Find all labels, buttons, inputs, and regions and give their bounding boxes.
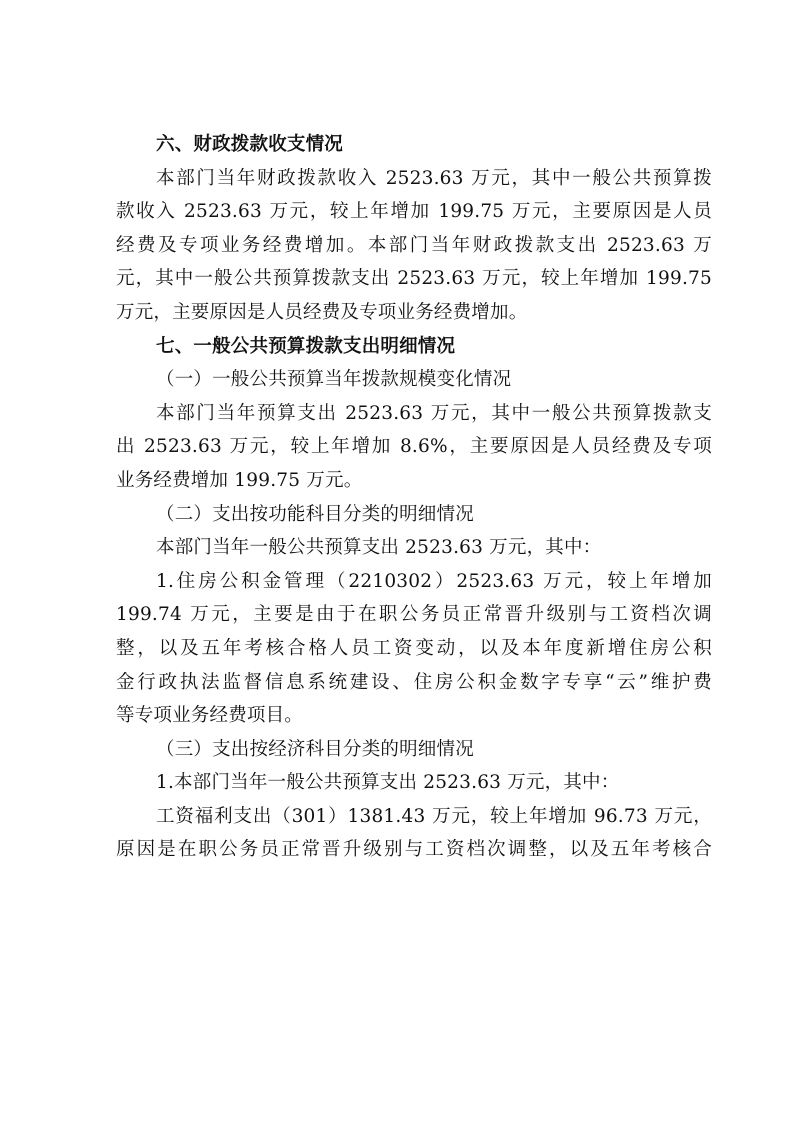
- section-heading-7: 七、一般公共预算拨款支出明细情况: [116, 330, 712, 364]
- text-line: 本部门当年预算支出 2523.63 万元，其中一般公共预算拨款支: [116, 397, 712, 431]
- text-line: 原因是在职公务员正常晋升级别与工资档次调整，以及五年考核合: [116, 833, 712, 867]
- text-line: 本部门当年财政拨款收入 2523.63 万元，其中一般公共预算拨: [116, 162, 712, 196]
- text-line: 整，以及五年考核合格人员工资变动，以及本年度新增住房公积: [116, 632, 712, 666]
- subsection-heading-2: （二）支出按功能科目分类的明细情况: [116, 498, 712, 532]
- text-line: 1.本部门当年一般公共预算支出 2523.63 万元，其中：: [116, 766, 712, 800]
- text-line: 金行政执法监督信息系统建设、住房公积金数字专享“云”维护费: [116, 666, 712, 700]
- paragraph: 本部门当年财政拨款收入 2523.63 万元，其中一般公共预算拨 款收入 252…: [116, 162, 712, 330]
- section-heading-6: 六、财政拨款收支情况: [116, 128, 712, 162]
- paragraph: 工资福利支出（301）1381.43 万元，较上年增加 96.73 万元， 原因…: [116, 800, 712, 867]
- subsection-heading-3: （三）支出按经济科目分类的明细情况: [116, 733, 712, 767]
- paragraph: 1.本部门当年一般公共预算支出 2523.63 万元，其中：: [116, 766, 712, 800]
- text-line: 1.住房公积金管理（2210302）2523.63 万元，较上年增加: [116, 565, 712, 599]
- document-page: 六、财政拨款收支情况 本部门当年财政拨款收入 2523.63 万元，其中一般公共…: [116, 128, 712, 867]
- text-line: 元，其中一般公共预算拨款支出 2523.63 万元，较上年增加 199.75: [116, 262, 712, 296]
- paragraph: 本部门当年预算支出 2523.63 万元，其中一般公共预算拨款支 出 2523.…: [116, 397, 712, 498]
- text-line: 工资福利支出（301）1381.43 万元，较上年增加 96.73 万元，: [116, 800, 712, 834]
- text-line: 本部门当年一般公共预算支出 2523.63 万元，其中：: [116, 531, 712, 565]
- text-line: 经费及专项业务经费增加。本部门当年财政拨款支出 2523.63 万: [116, 229, 712, 263]
- text-line: 等专项业务经费项目。: [116, 699, 712, 733]
- subsection-heading-1: （一）一般公共预算当年拨款规模变化情况: [116, 363, 712, 397]
- text-line: 出 2523.63 万元，较上年增加 8.6%，主要原因是人员经费及专项: [116, 430, 712, 464]
- text-line: 万元，主要原因是人员经费及专项业务经费增加。: [116, 296, 712, 330]
- text-line: 业务经费增加 199.75 万元。: [116, 464, 712, 498]
- paragraph: 本部门当年一般公共预算支出 2523.63 万元，其中：: [116, 531, 712, 565]
- paragraph: 1.住房公积金管理（2210302）2523.63 万元，较上年增加 199.7…: [116, 565, 712, 733]
- text-line: 199.74 万元，主要是由于在职公务员正常晋升级别与工资档次调: [116, 598, 712, 632]
- text-line: 款收入 2523.63 万元，较上年增加 199.75 万元，主要原因是人员: [116, 195, 712, 229]
